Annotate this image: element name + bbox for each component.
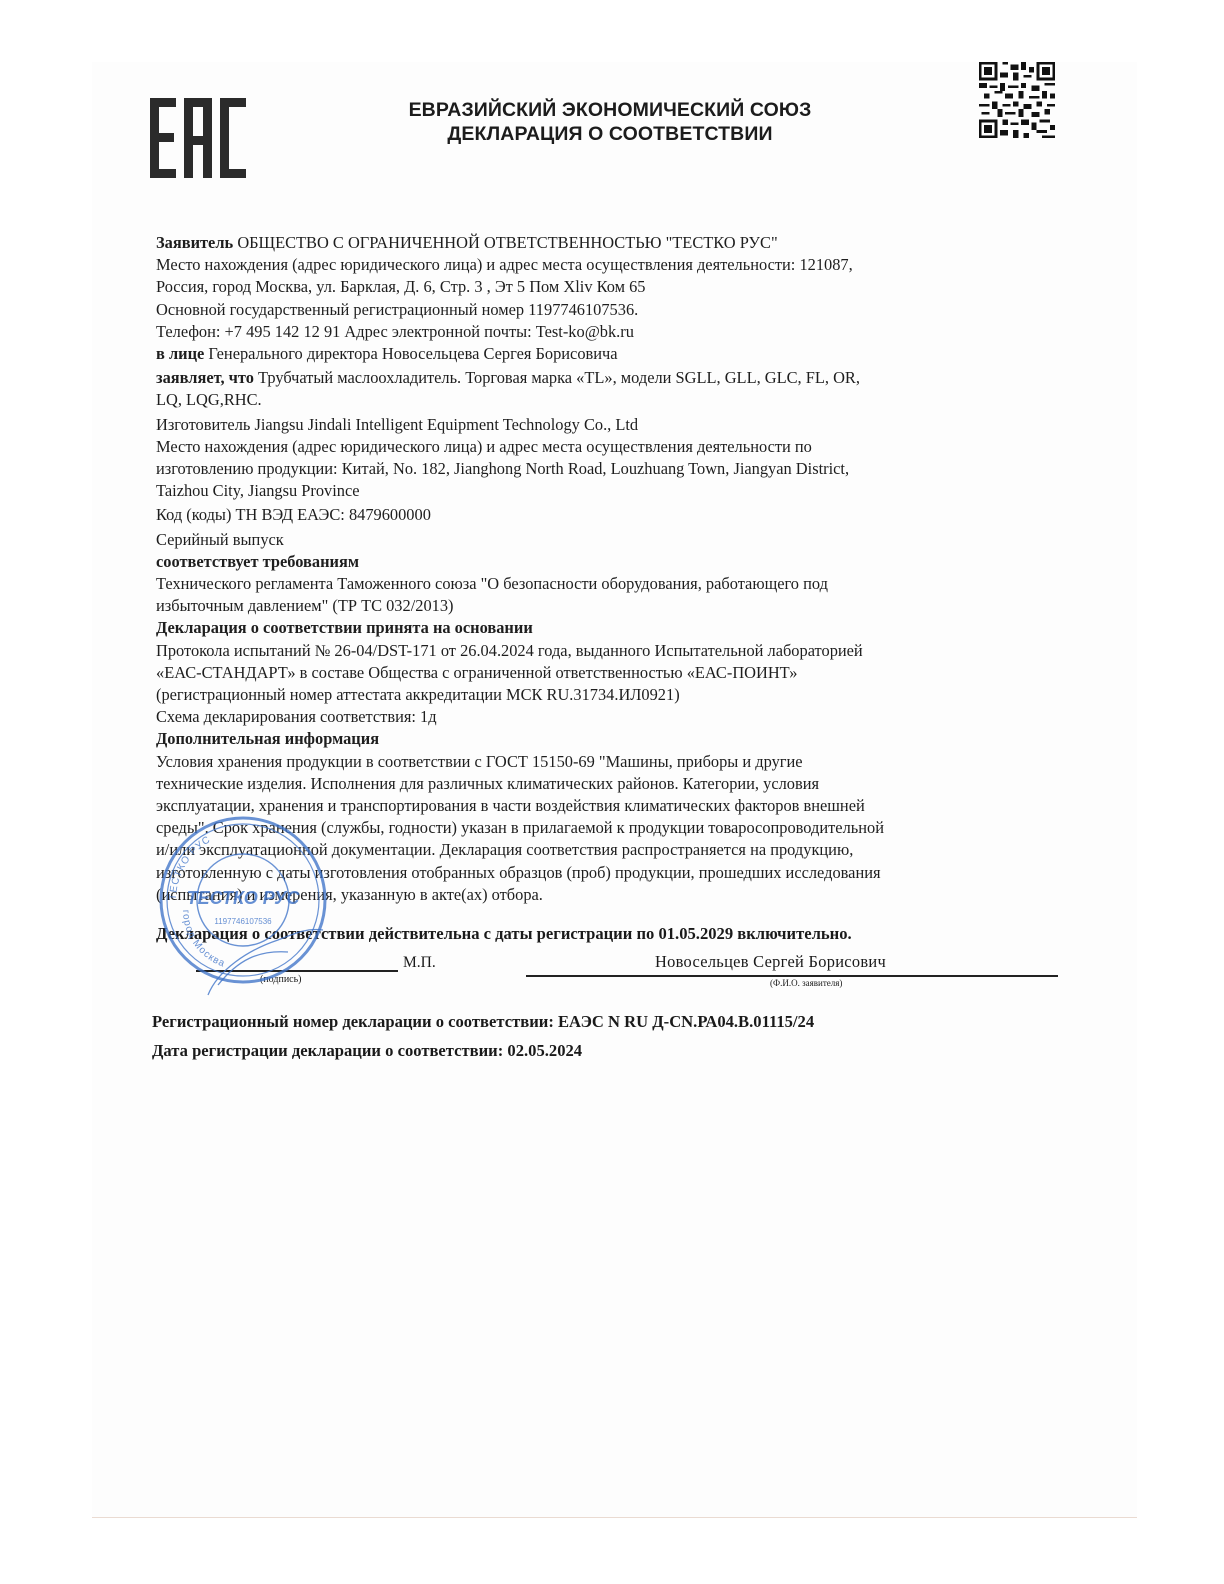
basis-heading: Декларация о соответствии принята на осн… (156, 617, 1056, 639)
representative-text: Генерального директора Новосельцева Серг… (208, 344, 617, 363)
release-type: Серийный выпуск (156, 529, 1056, 551)
registration-number: Регистрационный номер декларации о соотв… (152, 1012, 814, 1032)
signer-caption: (Ф.И.О. заявителя) (770, 978, 842, 988)
tnved-code: Код (коды) ТН ВЭД ЕАЭС: 8479600000 (156, 504, 1056, 526)
declares-line-2: LQ, LQG,RHC. (156, 389, 1056, 411)
additional-line: изготовленную с даты изготовления отобра… (156, 862, 1056, 884)
additional-line: и/или эксплуатационной документации. Дек… (156, 839, 1056, 861)
additional-line: среды". Срок хранения (службы, годности)… (156, 817, 1056, 839)
signer-name-line (526, 975, 1058, 977)
declares-label: заявляет, что (156, 368, 254, 387)
validity-statement: Декларация о соответствии действительна … (156, 924, 852, 944)
declaration-scheme: Схема декларирования соответствия: 1д (156, 706, 1056, 728)
additional-line: Условия хранения продукции в соответстви… (156, 751, 1056, 773)
basis-line-3: (регистрационный номер аттестата аккреди… (156, 684, 1056, 706)
manufacturer-address-3: Taizhou City, Jiangsu Province (156, 480, 1056, 502)
registration-date: Дата регистрации декларации о соответств… (152, 1041, 582, 1061)
requirements-line-2: избыточным давлением" (ТР ТС 032/2013) (156, 595, 1056, 617)
manufacturer-address-1: Место нахождения (адрес юридического лиц… (156, 436, 1056, 458)
applicant-ogrn: Основной государственный регистрационный… (156, 299, 1056, 321)
sheet-edge (92, 1517, 1137, 1518)
eac-logo-icon (148, 96, 248, 180)
representative-line: в лице Генерального директора Новосельце… (156, 343, 1056, 365)
additional-line: технические изделия. Исполнения для разл… (156, 773, 1056, 795)
document-header: ЕВРАЗИЙСКИЙ ЭКОНОМИЧЕСКИЙ СОЮЗ ДЕКЛАРАЦИ… (330, 98, 890, 146)
signature-line (196, 970, 398, 972)
basis-line-1: Протокола испытаний № 26-04/DST-171 от 2… (156, 640, 1056, 662)
product-description: Трубчатый маслоохладитель. Торговая марк… (258, 368, 860, 387)
manufacturer-name: Изготовитель Jiangsu Jindali Intelligent… (156, 414, 1056, 436)
header-union-title: ЕВРАЗИЙСКИЙ ЭКОНОМИЧЕСКИЙ СОЮЗ (330, 98, 890, 122)
applicant-address-2: Россия, город Москва, ул. Барклая, Д. 6,… (156, 276, 1056, 298)
manufacturer-address-2: изготовлению продукции: Китай, No. 182, … (156, 458, 1056, 480)
qr-code-icon (975, 62, 1059, 138)
applicant-label: Заявитель (156, 233, 233, 252)
declaration-body: Заявитель ОБЩЕСТВО С ОГРАНИЧЕННОЙ ОТВЕТС… (156, 232, 1056, 906)
applicant-address-1: Место нахождения (адрес юридического лиц… (156, 254, 1056, 276)
applicant-contacts: Телефон: +7 495 142 12 91 Адрес электрон… (156, 321, 1056, 343)
signature-caption: (подпись) (260, 974, 302, 985)
header-declaration-title: ДЕКЛАРАЦИЯ О СООТВЕТСТВИИ (330, 122, 890, 146)
requirements-line-1: Технического регламента Таможенного союз… (156, 573, 1056, 595)
basis-line-2: «ЕАС-СТАНДАРТ» в составе Общества с огра… (156, 662, 1056, 684)
representative-label: в лице (156, 344, 204, 363)
declares-line-1: заявляет, что Трубчатый маслоохладитель.… (156, 367, 1056, 389)
additional-line: (испытания) и измерения, указанную в акт… (156, 884, 1056, 906)
stamp-place-label: М.П. (403, 954, 436, 972)
signer-name: Новосельцев Сергей Борисович (655, 952, 886, 972)
requirements-heading: соответствует требованиям (156, 551, 1056, 573)
additional-heading: Дополнительная информация (156, 728, 1056, 750)
additional-line: эксплуатации, хранения и транспортирован… (156, 795, 1056, 817)
applicant-name: ОБЩЕСТВО С ОГРАНИЧЕННОЙ ОТВЕТСТВЕННОСТЬЮ… (237, 233, 777, 252)
applicant-line: Заявитель ОБЩЕСТВО С ОГРАНИЧЕННОЙ ОТВЕТС… (156, 232, 1056, 254)
